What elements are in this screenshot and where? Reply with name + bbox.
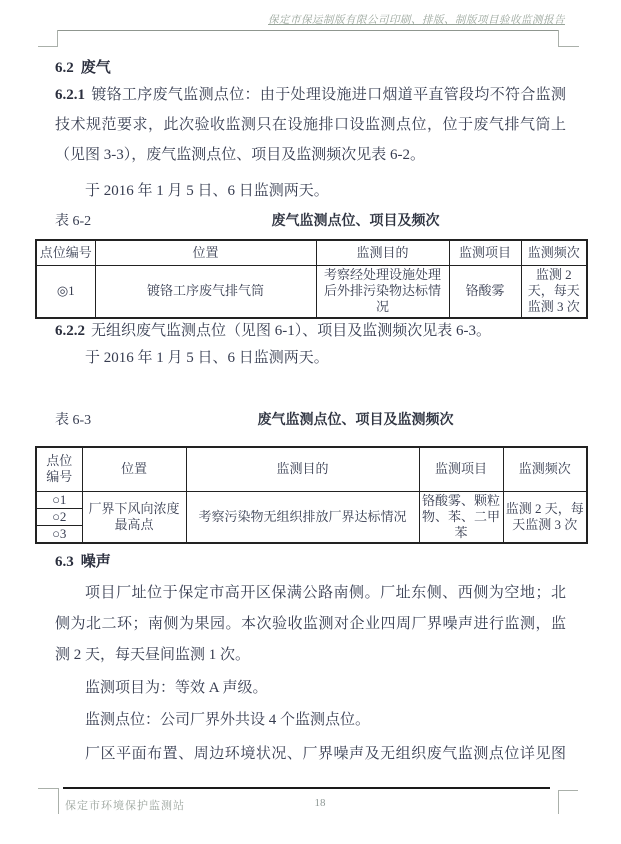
noise-items-line: 监测项目为：等效 A 声级。 (85, 673, 268, 703)
header-text: 点位编号 (44, 453, 74, 485)
paragraph-6-2-1: 6.2.1镀铬工序废气监测点位：由于处理设施进口烟道平直管段均不符合监测 技术规… (55, 80, 566, 170)
header-rule (57, 30, 558, 31)
table-label: 表 6-2 (55, 212, 125, 232)
section-heading-6-2: 6.2废气 (55, 57, 111, 79)
date-line-1: 于 2016 年 1 月 5 日、6 日监测两天。 (85, 176, 329, 206)
col-header-purpose: 监测目的 (316, 240, 449, 265)
table-header-row: 点位编号 位置 监测目的 监测项目 监测频次 (36, 447, 587, 491)
noise-points-line: 监测点位：公司厂界外共设 4 个监测点位。 (85, 705, 370, 735)
cell-point-id-2: ○2 (36, 508, 82, 525)
cell-point-id-3: ○3 (36, 525, 82, 543)
section-title: 废气 (81, 60, 111, 76)
cell-location: 厂界下风向浓度最高点 (82, 491, 186, 543)
header-corner-mark-left-vertical (57, 30, 58, 47)
col-header-point-id: 点位编号 (36, 447, 82, 491)
page-number: 18 (300, 797, 340, 809)
table-header-row: 点位编号 位置 监测目的 监测项目 监测频次 (36, 240, 587, 265)
page-header-title: 保定市保运制版有限公司印刷、排版、制版项目验收监测报告 (268, 12, 565, 27)
table-label: 表 6-3 (55, 411, 125, 431)
table-caption: 废气监测点位、项目及监测频次 (125, 411, 586, 431)
date-line-2: 于 2016 年 1 月 5 日、6 日监测两天。 (85, 343, 329, 373)
footer-corner-mark-left-horizontal (38, 788, 58, 789)
section-number: 6.3 (55, 554, 74, 570)
cell-items: 铬酸雾 (449, 265, 521, 318)
cell-purpose: 考察经处理设施处理后外排污染物达标情况 (316, 265, 449, 318)
table-6-2-caption-row: 表 6-2 废气监测点位、项目及频次 (55, 212, 586, 232)
table-6-3-caption-row: 表 6-3 废气监测点位、项目及监测频次 (55, 411, 586, 431)
col-header-frequency: 监测频次 (503, 447, 587, 491)
paragraph-6-2-2: 6.2.2无组织废气监测点位（见图 6-1）、项目及监测频次见表 6-3。 (55, 316, 566, 346)
header-corner-mark-right-horizontal (558, 46, 579, 47)
report-page: 保定市保运制版有限公司印刷、排版、制版项目验收监测报告 6.2废气 6.2.1镀… (0, 0, 621, 844)
cell-point-id: ◎1 (36, 265, 95, 318)
cell-frequency: 监测 2 天，每天监测 3 次 (503, 491, 587, 543)
col-header-location: 位置 (95, 240, 316, 265)
footer-rule (63, 787, 550, 789)
section-heading-6-3: 6.3噪声 (55, 551, 111, 573)
col-header-items: 监测项目 (449, 240, 521, 265)
header-corner-mark-right-vertical (558, 30, 559, 47)
section-number: 6.2.2 (55, 323, 85, 339)
paragraph-line: 项目厂址位于保定市高开区保满公路南侧。厂址东侧、西侧为空地；北 (55, 578, 566, 609)
section-number: 6.2.1 (55, 87, 85, 103)
table-6-2: 点位编号 位置 监测目的 监测项目 监测频次 ◎1 镀铬工序废气排气筒 考察经处… (35, 239, 588, 319)
col-header-point-id: 点位编号 (36, 240, 95, 265)
table-row: ◎1 镀铬工序废气排气筒 考察经处理设施处理后外排污染物达标情况 铬酸雾 监测 … (36, 265, 587, 318)
cell-purpose: 考察污染物无组织排放厂界达标情况 (186, 491, 419, 543)
section-title: 噪声 (81, 554, 111, 570)
footer-corner-mark-left-vertical (58, 788, 59, 814)
col-header-purpose: 监测目的 (186, 447, 419, 491)
footer-corner-mark-right-vertical (558, 790, 559, 814)
footer-organization: 保定市环境保护监测站 (65, 797, 185, 813)
noise-reference-line: 厂区平面布置、周边环境状况、厂界噪声及无组织废气监测点位详见图 (85, 739, 566, 769)
col-header-location: 位置 (82, 447, 186, 491)
paragraph-line: （见图 3-3），废气监测点位、项目及监测频次见表 6-2。 (55, 140, 566, 170)
table-6-3: 点位编号 位置 监测目的 监测项目 监测频次 ○1 厂界下风向浓度最高点 考察污… (35, 446, 588, 544)
line-text: 无组织废气监测点位（见图 6-1）、项目及监测频次见表 6-3。 (91, 323, 491, 339)
cell-location: 镀铬工序废气排气筒 (95, 265, 316, 318)
col-header-items: 监测项目 (419, 447, 503, 491)
paragraph-line: 技术规范要求，此次验收监测只在设施排口设监测点位，位于废气排气筒上 (55, 110, 566, 140)
paragraph-6-3: 项目厂址位于保定市高开区保满公路南侧。厂址东侧、西侧为空地；北 侧为北二环；南侧… (55, 578, 566, 671)
paragraph-line: 侧为北二环；南侧为果园。本次验收监测对企业四周厂界噪声进行监测，监 (55, 609, 566, 640)
line-text: 镀铬工序废气监测点位：由于处理设施进口烟道平直管段均不符合监测 (91, 87, 566, 103)
section-number: 6.2 (55, 60, 74, 76)
table-row: ○1 厂界下风向浓度最高点 考察污染物无组织排放厂界达标情况 铬酸雾、颗粒物、苯… (36, 491, 587, 508)
cell-point-id-1: ○1 (36, 491, 82, 508)
col-header-frequency: 监测频次 (521, 240, 587, 265)
cell-frequency: 监测 2 天，每天监测 3 次 (521, 265, 587, 318)
paragraph-line: 测 2 天，每天昼间监测 1 次。 (55, 640, 566, 671)
header-corner-mark-left-horizontal (38, 46, 58, 47)
paragraph-line: 6.2.2无组织废气监测点位（见图 6-1）、项目及监测频次见表 6-3。 (55, 316, 566, 346)
paragraph-line: 6.2.1镀铬工序废气监测点位：由于处理设施进口烟道平直管段均不符合监测 (55, 80, 566, 110)
footer-corner-mark-right-horizontal (558, 790, 578, 791)
table-caption: 废气监测点位、项目及频次 (125, 212, 586, 232)
cell-items: 铬酸雾、颗粒物、苯、二甲苯 (419, 491, 503, 543)
